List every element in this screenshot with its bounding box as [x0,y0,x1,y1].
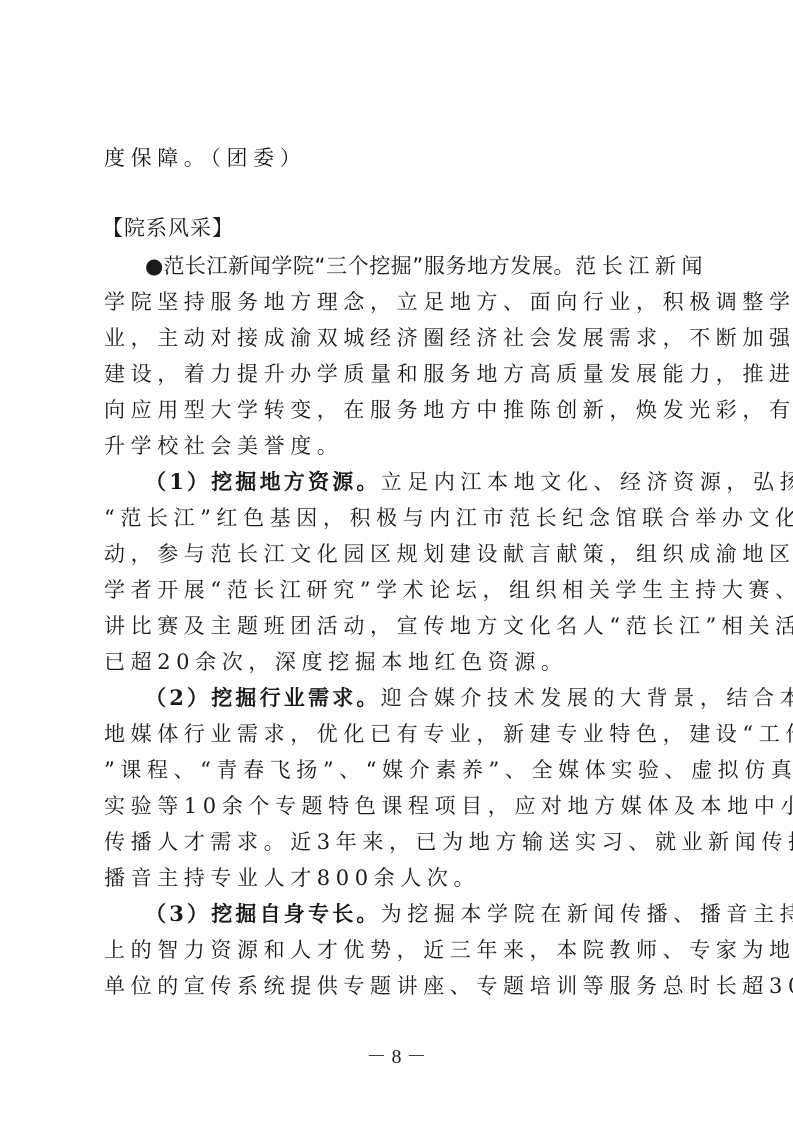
intro-line: 向应用型大学转变，在服务地方中推陈创新，焕发光彩，有效提 [104,392,696,428]
intro-line: 建设，着力提升办学质量和服务地方高质量发展能力，推进学校 [104,356,696,392]
item-1-line: 动，参与范长江文化园区规划建设献言献策，组织成渝地区高校 [104,536,696,572]
item-1-line: 学者开展“范长江研究”学术论坛，组织相关学生主持大赛、演 [104,572,696,608]
intro-line: 升学校社会美誉度。 [104,428,696,464]
item-1-text: 立足内江本地文化、经济资源，弘扬 [381,470,793,494]
item-3-line: 单位的宣传系统提供专题讲座、专题培训等服务总时长超300学 [104,968,696,1004]
item-1-title: （1）挖掘地方资源。 [145,469,381,494]
item-3-line: 上的智力资源和人才优势，近三年来，本院教师、专家为地方各 [104,932,696,968]
item-3-first-line: （3）挖掘自身专长。为挖掘本学院在新闻传播、播音主持 [145,896,737,932]
item-2-first-line: （2）挖掘行业需求。迎合媒介技术发展的大背景，结合本 [145,680,737,716]
item-1-line: 已超20余次，深度挖掘本地红色资源。 [104,644,696,680]
item-2-text: 迎合媒介技术发展的大背景，结合本 [381,686,793,710]
item-2-line: 地媒体行业需求，优化已有专业，新建专业特色，建设“工作坊 [104,716,696,752]
intro-line: 业，主动对接成渝双城经济圈经济社会发展需求，不断加强内涵 [104,320,696,356]
item-1-first-line: （1）挖掘地方资源。立足内江本地文化、经济资源，弘扬 [145,464,737,500]
item-1-line: 讲比赛及主题班团活动，宣传地方文化名人“范长江”相关活动 [104,608,696,644]
item-3-title: （3）挖掘自身专长。 [145,901,381,926]
intro-text: 范长江新闻 [575,254,708,278]
intro-line: 学院坚持服务地方理念，立足地方、面向行业，积极调整学科专 [104,284,696,320]
section-heading: 【院系风采】 [102,210,694,246]
item-2-line: 实验等10余个专题特色课程项目，应对地方媒体及本地中小企业 [104,788,696,824]
bullet-icon: ● [145,254,163,278]
item-2-title: （2）挖掘行业需求。 [145,685,381,710]
item-2-line: 播音主持专业人才800余人次。 [104,860,696,896]
page-number: － 8 － [0,1040,793,1069]
item-2-line: 传播人才需求。近3年来，已为地方输送实习、就业新闻传播、 [104,824,696,860]
intro-title: 范长江新闻学院“三个挖掘”服务地方发展。 [163,254,575,278]
document-page: 度保障。（团委） 【院系风采】 ●范长江新闻学院“三个挖掘”服务地方发展。范长江… [0,0,793,1122]
item-3-text: 为挖掘本学院在新闻传播、播音主持 [381,902,793,926]
item-1-line: “范长江”红色基因，积极与内江市范长纪念馆联合举办文化活 [104,500,696,536]
continued-paragraph-line: 度保障。（团委） [104,140,696,176]
item-2-line: ”课程、“青春飞扬”、“媒介素养”、全媒体实验、虚拟仿真 [104,752,696,788]
intro-first-line: ●范长江新闻学院“三个挖掘”服务地方发展。范长江新闻 [145,248,737,284]
